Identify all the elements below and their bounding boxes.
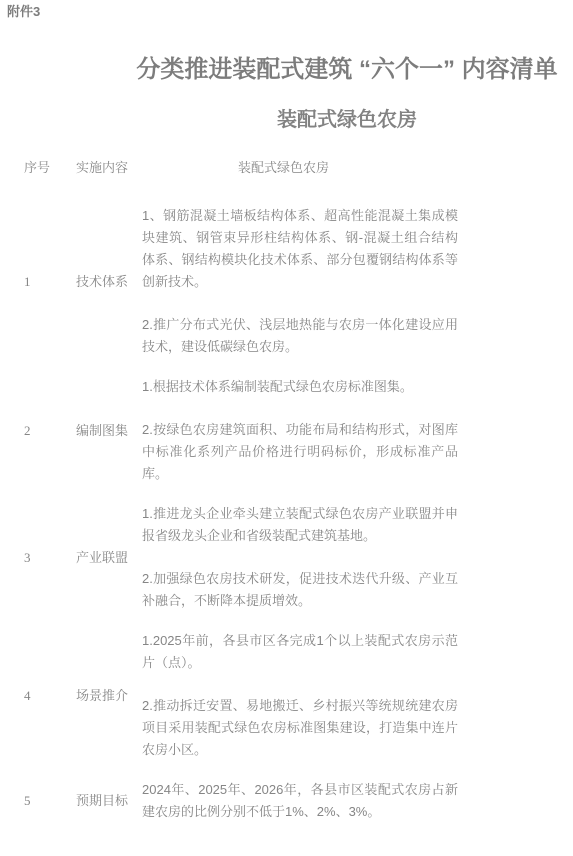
row-4-detail: 1.2025年前，各县市区各完成1个以上装配式农房示范片（点）。 2.推动拆迁安… bbox=[142, 630, 458, 761]
row-1-detail: 1、钢筋混凝土墙板结构体系、超高性能混凝土集成模块建筑、钢管束异形柱结构体系、钢… bbox=[142, 205, 458, 358]
row-2-number: 2 bbox=[0, 420, 52, 442]
document-title: 分类推进装配式建筑 “六个一” 内容清单 bbox=[121, 55, 573, 85]
column-header-seq: 序号 bbox=[0, 157, 52, 179]
table-row-2: 2 编制图集 1.根据技术体系编制装配式绿色农房标准图集。 2.按绿色农房建筑面… bbox=[0, 376, 573, 485]
table-row-3: 3 产业联盟 1.推进龙头企业牵头建立装配式绿色农房产业联盟并申报省级龙头企业和… bbox=[0, 503, 573, 612]
document-page: 附件3 分类推进装配式建筑 “六个一” 内容清单 装配式绿色农房 序号 实施内容… bbox=[0, 0, 573, 856]
row-5-label: 预期目标 bbox=[52, 790, 142, 812]
attachment-label: 附件3 bbox=[0, 0, 573, 20]
table-row-1: 1 技术体系 1、钢筋混凝土墙板结构体系、超高性能混凝土集成模块建筑、钢管束异形… bbox=[0, 205, 573, 358]
row-2-detail: 1.根据技术体系编制装配式绿色农房标准图集。 2.按绿色农房建筑面积、功能布局和… bbox=[142, 376, 458, 485]
row-3-label: 产业联盟 bbox=[52, 547, 142, 569]
table-header-row: 序号 实施内容 装配式绿色农房 bbox=[0, 157, 573, 179]
row-3-paragraph-1: 1.推进龙头企业牵头建立装配式绿色农房产业联盟并申报省级龙头企业和省级装配式建筑… bbox=[142, 503, 458, 547]
row-1-paragraph-1: 1、钢筋混凝土墙板结构体系、超高性能混凝土集成模块建筑、钢管束异形柱结构体系、钢… bbox=[142, 205, 458, 293]
row-1-paragraph-2: 2.推广分布式光伏、浅层地热能与农房一体化建设应用技术，建设低碳绿色农房。 bbox=[142, 314, 458, 358]
row-1-number: 1 bbox=[0, 271, 52, 293]
row-2-label: 编制图集 bbox=[52, 420, 142, 442]
row-5-paragraph-1: 2024年、2025年、2026年，各县市区装配式农房占新建农房的比例分别不低于… bbox=[142, 779, 458, 823]
table-row-4: 4 场景推介 1.2025年前，各县市区各完成1个以上装配式农房示范片（点）。 … bbox=[0, 630, 573, 761]
column-header-content: 实施内容 bbox=[52, 157, 142, 179]
table-row-5: 5 预期目标 2024年、2025年、2026年，各县市区装配式农房占新建农房的… bbox=[0, 779, 573, 823]
row-4-paragraph-1: 1.2025年前，各县市区各完成1个以上装配式农房示范片（点）。 bbox=[142, 630, 458, 674]
column-header-detail: 装配式绿色农房 bbox=[142, 157, 458, 179]
row-1-label: 技术体系 bbox=[52, 271, 142, 293]
row-5-number: 5 bbox=[0, 790, 52, 812]
document-subtitle: 装配式绿色农房 bbox=[121, 108, 573, 133]
row-4-number: 4 bbox=[0, 685, 52, 707]
row-3-number: 3 bbox=[0, 547, 52, 569]
row-3-detail: 1.推进龙头企业牵头建立装配式绿色农房产业联盟并申报省级龙头企业和省级装配式建筑… bbox=[142, 503, 458, 612]
row-3-paragraph-2: 2.加强绿色农房技术研发，促进技术迭代升级、产业互补融合，不断降本提质增效。 bbox=[142, 568, 458, 612]
content-table: 序号 实施内容 装配式绿色农房 1 技术体系 1、钢筋混凝土墙板结构体系、超高性… bbox=[0, 157, 573, 823]
row-4-label: 场景推介 bbox=[52, 685, 142, 707]
row-5-detail: 2024年、2025年、2026年，各县市区装配式农房占新建农房的比例分别不低于… bbox=[142, 779, 458, 823]
row-2-paragraph-2: 2.按绿色农房建筑面积、功能布局和结构形式，对图库中标准化系列产品价格进行明码标… bbox=[142, 419, 458, 485]
heading-block: 分类推进装配式建筑 “六个一” 内容清单 装配式绿色农房 bbox=[121, 55, 573, 133]
row-2-paragraph-1: 1.根据技术体系编制装配式绿色农房标准图集。 bbox=[142, 376, 458, 398]
row-4-paragraph-2: 2.推动拆迁安置、易地搬迁、乡村振兴等统规统建农房项目采用装配式绿色农房标准图集… bbox=[142, 695, 458, 761]
